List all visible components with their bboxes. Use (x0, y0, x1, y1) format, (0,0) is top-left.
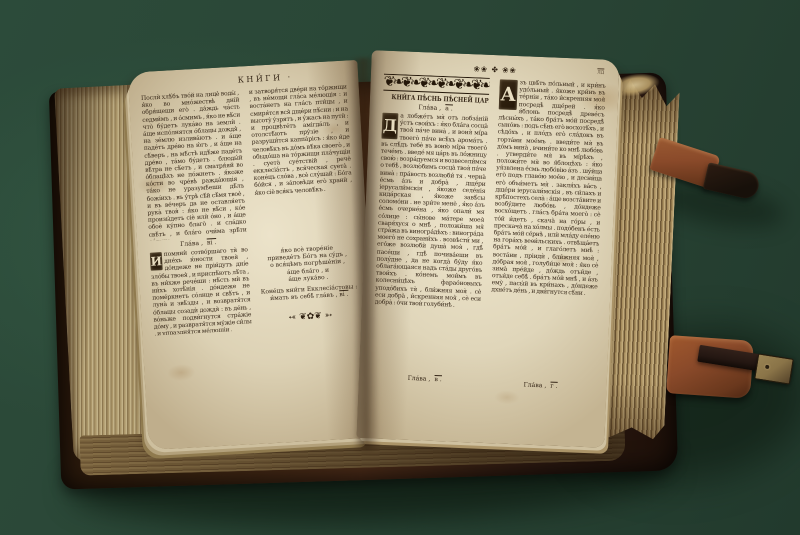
left-page-type-area: КНИ́ГИ · Послѝ хлѣ́бъ тво́й на лицѐ воды… (128, 60, 379, 450)
colophon-number: ві . (339, 291, 349, 298)
right-page-column-2: Азъ цвѣ́тъ по́льный , и кри́нъ удо́льный… (487, 78, 605, 393)
chapter-number: в . (434, 376, 442, 383)
arrow-ornament-icon: ➳ (325, 311, 333, 321)
body-text: а лобже́тъ мя̀ отъ лобза́ній у́стъ свои́… (375, 112, 489, 308)
folio-mark: лд (597, 69, 604, 75)
arrow-ornament-icon: ➳ (288, 313, 296, 323)
body-text-column: и затворя́тся две́ри на то́ржищи , въ не… (249, 84, 356, 249)
chapter-heading: Гла́ва , г . (487, 380, 593, 391)
photo-scene: КНИ́ГИ · Послѝ хлѣ́бъ тво́й на лицѐ воды… (0, 0, 800, 535)
left-page-column-2: и затворя́тся две́ри на то́ржищи , въ не… (249, 84, 360, 330)
chapter-label: Гла́ва , (418, 104, 441, 112)
headpiece-ornament: ❦❧❦❧❦❧❦❧❦❧❦❧❦❧❦ (383, 74, 490, 95)
chapter-label: Гла́ва , (523, 382, 546, 390)
chapter-number: ві . (207, 239, 217, 247)
chapter-label: Гла́ва , (407, 375, 430, 383)
left-page: КНИ́ГИ · Послѝ хлѣ́бъ тво́й на лицѐ воды… (128, 60, 379, 450)
right-page: ❀❀ ✤ ❀❀ лд ❦❧❦❧❦❧❦❧❦❧❦❧❦❧❦ КНИ́ГА ПѢ́СНЬ… (356, 50, 619, 448)
body-text: помянѝ сотво́ршаго тя̀ во дне́хъ ю́ности… (151, 246, 252, 335)
chapter-number: г . (550, 383, 557, 390)
body-text-column: Послѝ хлѣ́бъ тво́й на лицѐ воды̀ , я́ко … (141, 90, 247, 241)
body-text-column: Ипомянѝ сотво́ршаго тя̀ во дне́хъ ю́ност… (150, 246, 253, 335)
chapter-heading: Гла́ва , в . (372, 373, 478, 384)
drop-cap-initial: А (499, 79, 518, 110)
clasp-buckle (754, 353, 794, 384)
clasp-pin (765, 365, 770, 370)
body-text: зъ цвѣ́тъ по́льный , и кри́нъ удо́льный … (491, 79, 606, 297)
right-page-type-area: ❀❀ ✤ ❀❀ лд ❦❧❦❧❦❧❦❧❦❧❦❧❦❧❦ КНИ́ГА ПѢ́СНЬ… (356, 50, 619, 448)
tapered-ending: я́ко всѐ творе́ніе приведе́тъ Бо́гъ на с… (258, 243, 358, 284)
left-page-column-1: Послѝ хлѣ́бъ тво́й на лицѐ воды̀ , я́ко … (141, 90, 252, 336)
gutter-fold-shadow (350, 58, 379, 450)
drop-cap-initial: И (150, 252, 163, 271)
body-text-column: Да лобже́тъ мя̀ отъ лобза́ній у́стъ свои… (372, 112, 488, 376)
body-text-column: Азъ цвѣ́тъ по́льный , и кри́нъ удо́льный… (488, 78, 606, 382)
chapter-number: а . (445, 105, 453, 112)
drop-cap-initial: Д (381, 113, 398, 140)
floral-ornament-icon: ❦✿❦ (299, 311, 322, 322)
colophon: Коне́цъ кни́ги Екклесіа́стовы : и́мать в… (260, 283, 359, 303)
chapter-label: Гла́ва , (180, 240, 203, 248)
right-page-column-1: ❦❧❦❧❦❧❦❧❦❧❦❧❦❧❦ КНИ́ГА ПѢ́СНЬ ПѢ́СНЕЙ ЦА… (371, 74, 489, 389)
tailpiece-ornament: ➳ ❦✿❦ ➳ (261, 309, 359, 324)
